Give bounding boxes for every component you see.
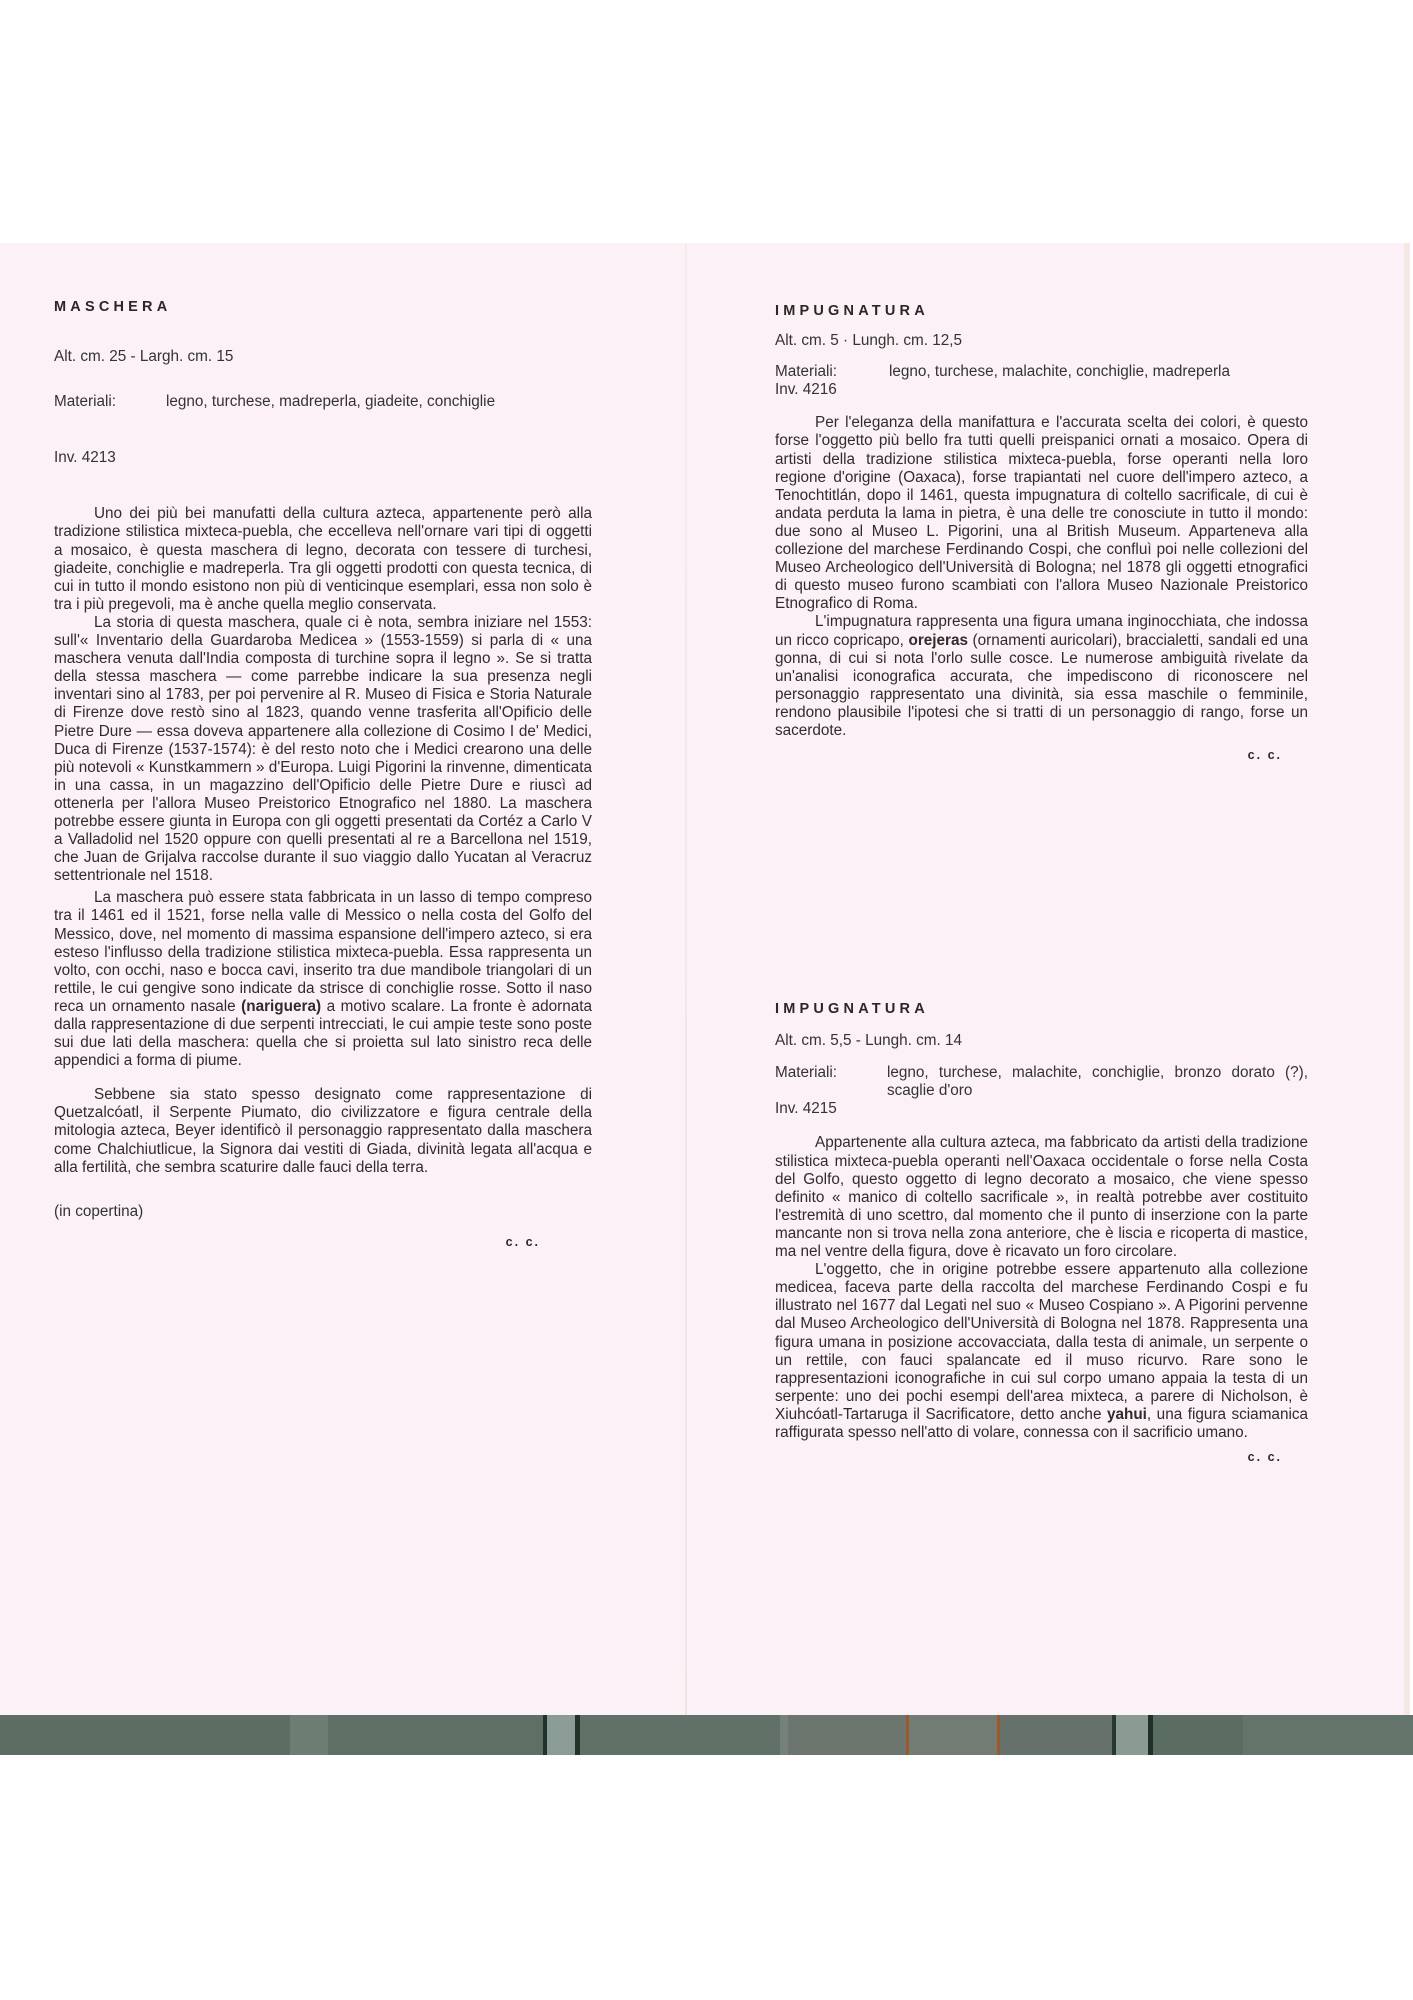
- entry-inventory: Inv. 4215: [775, 1100, 1308, 1118]
- paragraph-text: La maschera può essere stata fabbricata …: [54, 889, 592, 1015]
- entry-materials: Materiali: legno, turchese, malachite, c…: [775, 1064, 1308, 1100]
- body-paragraph: Uno dei più bei manufatti della cultura …: [54, 505, 592, 614]
- page-fold-divider: [685, 243, 687, 1715]
- materials-label: Materiali:: [54, 393, 166, 411]
- paper-edge: [1404, 243, 1410, 1715]
- strip-segment: [1116, 1715, 1148, 1755]
- entry-materials: Materiali: legno, turchese, madreperla, …: [54, 393, 592, 411]
- entry-impugnatura-4215: IMPUGNATURA Alt. cm. 5,5 - Lungh. cm. 14…: [775, 1000, 1308, 1466]
- entry-dimensions: Alt. cm. 25 - Largh. cm. 15: [54, 348, 592, 366]
- bold-term: orejeras: [908, 632, 968, 649]
- bold-term: yahui: [1107, 1406, 1147, 1423]
- cover-note: (in copertina): [54, 1203, 592, 1221]
- entry-maschera: MASCHERA Alt. cm. 25 - Largh. cm. 15 Mat…: [54, 298, 592, 1251]
- entry-title: IMPUGNATURA: [775, 302, 1308, 320]
- scan-background-strip: [0, 1715, 1413, 1755]
- author-signature: c. c.: [775, 1448, 1308, 1466]
- materials-value: legno, turchese, madreperla, giadeite, c…: [166, 393, 592, 411]
- entry-inventory: Inv. 4216: [775, 381, 1308, 399]
- author-signature: c. c.: [54, 1233, 592, 1251]
- bold-term: (nariguera): [241, 998, 321, 1015]
- materials-value: legno, turchese, malachite, conchiglie, …: [889, 363, 1308, 381]
- entry-dimensions: Alt. cm. 5,5 - Lungh. cm. 14: [775, 1032, 1308, 1050]
- strip-segment: [1243, 1715, 1413, 1755]
- body-paragraph: L'oggetto, che in origine potrebbe esser…: [775, 1261, 1308, 1442]
- entry-materials: Materiali: legno, turchese, malachite, c…: [775, 363, 1308, 381]
- body-paragraph: La maschera può essere stata fabbricata …: [54, 889, 592, 1070]
- strip-segment: [1000, 1715, 1112, 1755]
- entry-body: Uno dei più bei manufatti della cultura …: [54, 505, 592, 1176]
- strip-segment: [1153, 1715, 1243, 1755]
- body-paragraph: Sebbene sia stato spesso designato come …: [54, 1086, 592, 1176]
- body-paragraph: La storia di questa maschera, quale ci è…: [54, 614, 592, 885]
- entry-title: IMPUGNATURA: [775, 1000, 1308, 1018]
- body-paragraph: Per l'eleganza della manifattura e l'acc…: [775, 414, 1308, 613]
- entry-body: Appartenente alla cultura azteca, ma fab…: [775, 1134, 1308, 1442]
- author-signature: c. c.: [775, 746, 1308, 764]
- body-paragraph: L'impugnatura rappresenta una figura uma…: [775, 613, 1308, 740]
- strip-segment: [580, 1715, 780, 1755]
- entry-impugnatura-4216: IMPUGNATURA Alt. cm. 5 · Lungh. cm. 12,5…: [775, 302, 1308, 764]
- paragraph-text: L'oggetto, che in origine potrebbe esser…: [775, 1261, 1308, 1423]
- strip-segment: [328, 1715, 543, 1755]
- entry-body: Per l'eleganza della manifattura e l'acc…: [775, 414, 1308, 740]
- materials-value: legno, turchese, malachite, conchiglie, …: [887, 1064, 1308, 1100]
- materials-label: Materiali:: [775, 363, 889, 381]
- materials-label: Materiali:: [775, 1064, 887, 1100]
- entry-inventory: Inv. 4213: [54, 449, 592, 467]
- strip-segment: [547, 1715, 575, 1755]
- strip-segment: [0, 1715, 290, 1755]
- entry-dimensions: Alt. cm. 5 · Lungh. cm. 12,5: [775, 332, 1308, 350]
- strip-segment: [780, 1715, 788, 1755]
- strip-segment: [788, 1715, 906, 1755]
- strip-segment: [909, 1715, 997, 1755]
- entry-title: MASCHERA: [54, 298, 592, 316]
- strip-segment: [290, 1715, 328, 1755]
- body-paragraph: Appartenente alla cultura azteca, ma fab…: [775, 1134, 1308, 1261]
